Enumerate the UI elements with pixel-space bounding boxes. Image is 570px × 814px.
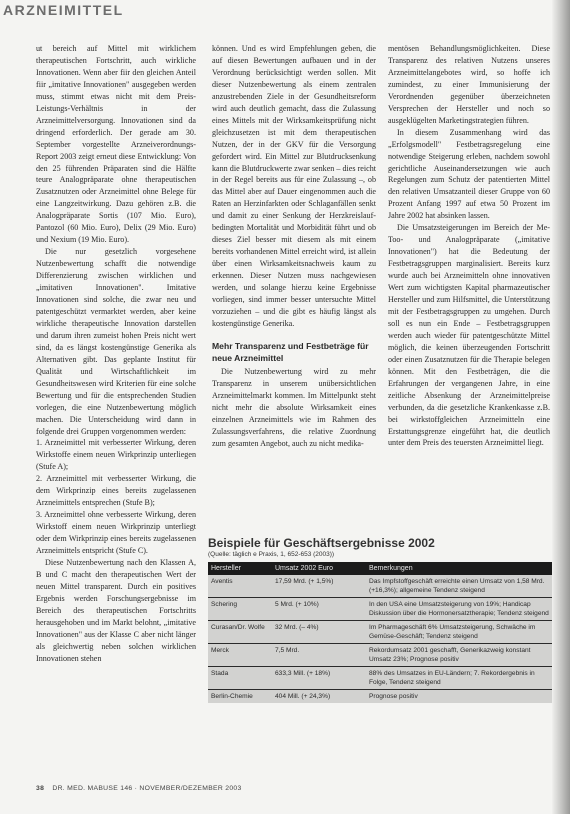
remarks-cell: 88% des Umsatzes in EU-Ländern; 7. Rekor… bbox=[366, 667, 556, 690]
paragraph: In diesem Zusammenhang wird das „Erfolgs… bbox=[388, 127, 550, 223]
paragraph: Die nur gesetzlich vorgesehene Nutzenbew… bbox=[36, 246, 196, 437]
paragraph: ut bereich auf Mittel mit wirklichem the… bbox=[36, 43, 196, 246]
table-row: Curasan/Dr. Wolfe 32 Mrd. (– 4%) Im Phar… bbox=[208, 621, 556, 644]
list-item: 3. Arzneimittel ohne verbesserte Wirkung… bbox=[36, 509, 196, 557]
revenue-cell: 5 Mrd. (+ 10%) bbox=[272, 598, 366, 621]
remarks-cell: Im Pharmageschäft 6% Umsatzsteigerung, S… bbox=[366, 621, 556, 644]
manufacturer-cell: Berlin-Chemie bbox=[208, 690, 272, 704]
paragraph: Die Umsatzsteigerungen im Bereich der Me… bbox=[388, 222, 550, 449]
subheading: Mehr Transparenz und Festbeträge für neu… bbox=[212, 340, 376, 364]
remarks-cell: Das Impfstoffgeschäft erreichte einen Um… bbox=[366, 575, 556, 598]
revenue-cell: 17,59 Mrd. (+ 1,5%) bbox=[272, 575, 366, 598]
list-item: 1. Arzneimittel mit verbesserter Wirkung… bbox=[36, 437, 196, 473]
manufacturer-cell: Stada bbox=[208, 667, 272, 690]
page-footer: 38 DR. MED. MABUSE 146 · NOVEMBER/DEZEMB… bbox=[36, 785, 242, 792]
remarks-cell: Rekordumsatz 2001 geschafft, Generikazwe… bbox=[366, 644, 556, 667]
paragraph: Diese Nutzenbewertung nach den Klassen A… bbox=[36, 557, 196, 665]
revenue-cell: 7,5 Mrd. bbox=[272, 644, 366, 667]
table-header-row: Hersteller Umsatz 2002 Euro Bemerkungen bbox=[208, 562, 556, 575]
paragraph: Die Nutzenbewertung wird zu mehr Transpa… bbox=[212, 366, 376, 450]
publication-info: DR. MED. MABUSE 146 · NOVEMBER/DEZEMBER … bbox=[52, 785, 241, 792]
section-title: ARZNEIMITTEL bbox=[3, 2, 124, 18]
results-table: Hersteller Umsatz 2002 Euro Bemerkungen … bbox=[208, 562, 556, 703]
manufacturer-cell: Curasan/Dr. Wolfe bbox=[208, 621, 272, 644]
column-header: Umsatz 2002 Euro bbox=[272, 562, 366, 575]
page-spine-shadow bbox=[552, 0, 570, 814]
text-column-2: können. Und es wird Empfehlungen geben, … bbox=[212, 43, 376, 450]
text-column-3: mentösen Behandlungsmöglichkeiten. Diese… bbox=[388, 43, 550, 449]
revenue-cell: 404 Mill. (+ 24,3%) bbox=[272, 690, 366, 704]
revenue-cell: 32 Mrd. (– 4%) bbox=[272, 621, 366, 644]
revenue-cell: 633,3 Mill. (+ 18%) bbox=[272, 667, 366, 690]
text-column-1: ut bereich auf Mittel mit wirklichem the… bbox=[36, 43, 196, 665]
column-header: Hersteller bbox=[208, 562, 272, 575]
manufacturer-cell: Merck bbox=[208, 644, 272, 667]
table-row: Merck 7,5 Mrd. Rekordumsatz 2001 geschaf… bbox=[208, 644, 556, 667]
remarks-cell: In den USA eine Umsatzsteigerung von 19%… bbox=[366, 598, 556, 621]
table-row: Aventis 17,59 Mrd. (+ 1,5%) Das Impfstof… bbox=[208, 575, 556, 598]
remarks-cell: Prognose positiv bbox=[366, 690, 556, 704]
page-number: 38 bbox=[36, 785, 44, 792]
table-title: Beispiele für Geschäftsergebnisse 2002 bbox=[208, 536, 556, 550]
table-row: Berlin-Chemie 404 Mill. (+ 24,3%) Progno… bbox=[208, 690, 556, 704]
table-row: Schering 5 Mrd. (+ 10%) In den USA eine … bbox=[208, 598, 556, 621]
manufacturer-cell: Schering bbox=[208, 598, 272, 621]
list-item: 2. Arzneimittel mit verbesserter Wirkung… bbox=[36, 473, 196, 509]
paragraph: mentösen Behandlungsmöglichkeiten. Diese… bbox=[388, 43, 550, 127]
table-row: Stada 633,3 Mill. (+ 18%) 88% des Umsatz… bbox=[208, 667, 556, 690]
magazine-page: ARZNEIMITTEL ut bereich auf Mittel mit w… bbox=[0, 0, 570, 814]
results-table-block: Beispiele für Geschäftsergebnisse 2002 (… bbox=[208, 536, 556, 703]
column-header: Bemerkungen bbox=[366, 562, 556, 575]
manufacturer-cell: Aventis bbox=[208, 575, 272, 598]
table-source: (Quelle: täglich e Praxis, 1, 652-653 (2… bbox=[208, 551, 556, 558]
paragraph: können. Und es wird Empfehlungen geben, … bbox=[212, 43, 376, 330]
